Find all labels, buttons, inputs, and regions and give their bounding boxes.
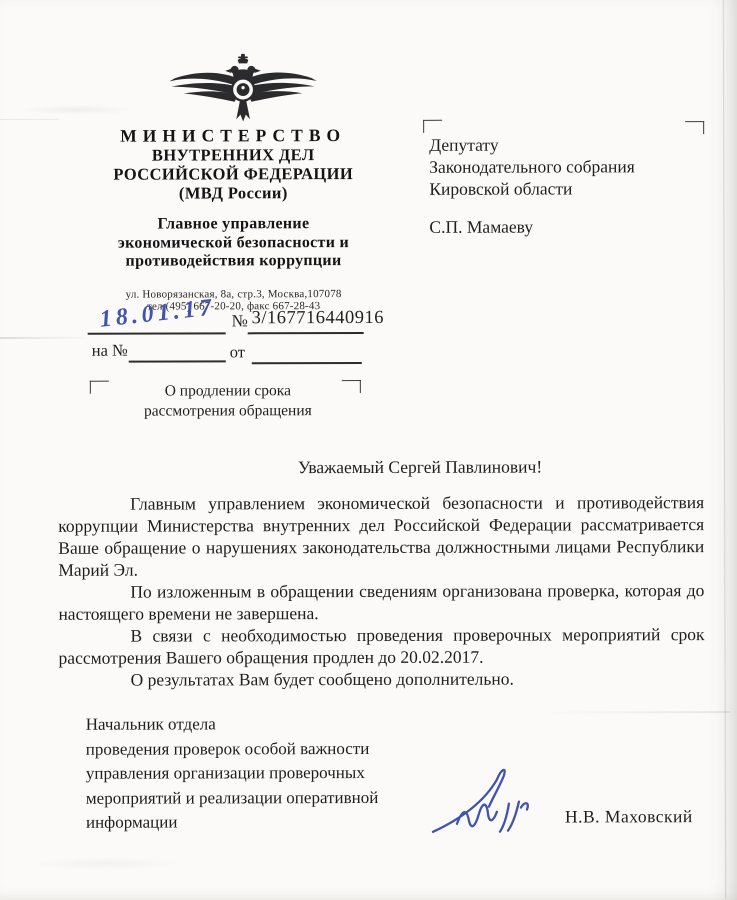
recipient-corner-mark-right	[685, 121, 704, 134]
signer-position-line3: управления организации проверочных	[86, 761, 426, 786]
department-name: Главное управление экономической безопас…	[57, 215, 409, 271]
handwritten-signature-icon	[429, 752, 554, 844]
number-underline	[248, 332, 364, 334]
body-paragraph-3: В связи с необходимостью проведения пров…	[58, 623, 704, 669]
body-paragraph-2: По изложенным в обращении сведениям орга…	[58, 579, 704, 625]
subject-line1: О продлении срока	[105, 381, 351, 402]
department-line1: Главное управление	[57, 215, 409, 234]
on-number-blank-underline	[129, 360, 226, 362]
ministry-name-line1: МИНИСТЕРСТВО	[57, 126, 409, 146]
recipient-block: Депутату Законодательного собрания Киров…	[429, 133, 635, 238]
signer-position-line2: проведения проверок особой важности	[86, 736, 426, 761]
recipient-corner-mark-left	[423, 120, 442, 133]
on-number-label: на №	[92, 341, 128, 361]
paper-crease	[541, 711, 731, 713]
mvd-double-headed-eagle-icon	[167, 50, 319, 130]
department-line3: противодействия коррупции	[57, 252, 409, 271]
ministry-name-line3: РОССИЙСКОЙ ФЕДЕРАЦИИ	[57, 164, 409, 184]
from-blank-underline	[252, 362, 362, 364]
signer-name: Н.В. Маховский	[565, 806, 693, 827]
ministry-abbreviation: (МВД России)	[57, 183, 409, 203]
scanned-letter-page: МИНИСТЕРСТВО ВНУТРЕННИХ ДЕЛ РОССИЙСКОЙ Ф…	[0, 0, 737, 900]
recipient-line1: Депутату	[429, 133, 635, 156]
recipient-line3: Кировской области	[429, 177, 635, 200]
from-label: от	[230, 342, 245, 362]
department-line2: экономической безопасности и	[57, 233, 409, 252]
letter-content: МИНИСТЕРСТВО ВНУТРЕННИХ ДЕЛ РОССИЙСКОЙ Ф…	[0, 0, 737, 900]
paper-edge-line	[723, 0, 726, 899]
date-underline	[88, 332, 226, 334]
letterhead: МИНИСТЕРСТВО ВНУТРЕННИХ ДЕЛ РОССИЙСКОЙ Ф…	[57, 126, 409, 313]
signer-position-line4: мероприятий и реализации оперативной	[86, 785, 426, 810]
paper-crease	[0, 337, 95, 339]
outgoing-number: 3/167716440916	[252, 308, 384, 329]
number-sign-label: №	[232, 311, 248, 331]
body-paragraph-1: Главным управлением экономической безопа…	[58, 491, 704, 581]
salutation: Уважаемый Сергей Павлинович!	[95, 456, 737, 479]
subject-block: О продлении срока рассмотрения обращения	[105, 381, 351, 422]
recipient-name: С.П. Мамаеву	[429, 215, 635, 238]
scan-smudge	[17, 105, 137, 115]
ministry-name-line2: ВНУТРЕННИХ ДЕЛ	[57, 145, 409, 165]
recipient-line2: Законодательного собрания	[429, 155, 635, 178]
signer-position-line5: информации	[86, 810, 426, 835]
scan-smudge	[31, 856, 181, 870]
body-paragraph-4: О результатах Вам будет сообщено дополни…	[59, 667, 705, 691]
letter-body: Главным управлением экономической безопа…	[58, 491, 705, 691]
signer-position-block: Начальник отдела проведения проверок осо…	[86, 712, 426, 835]
paper-crease	[0, 119, 59, 120]
signer-position-line1: Начальник отдела	[86, 712, 426, 737]
street-address: ул. Новорязанская, 8а, стр.3, Москва,107…	[58, 287, 410, 300]
subject-line2: рассмотрения обращения	[105, 401, 351, 422]
